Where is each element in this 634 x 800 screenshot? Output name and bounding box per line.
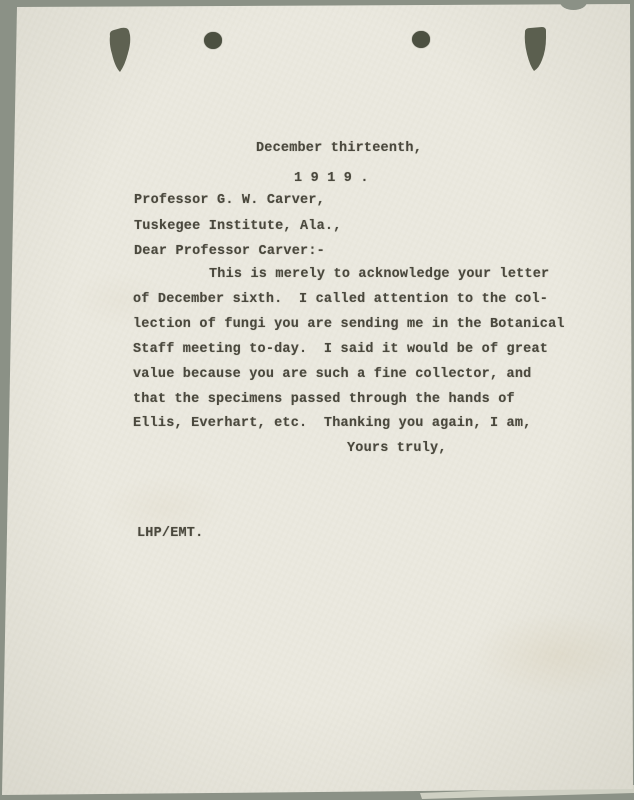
fastener-tab-left-icon <box>105 26 133 74</box>
letter-page: December thirteenth, 1 9 1 9 . Professor… <box>0 0 634 800</box>
punch-dot-right-icon <box>412 31 430 48</box>
body-line: that the specimens passed through the ha… <box>133 392 515 408</box>
recipient-name-line: Professor G. W. Carver, <box>134 193 325 209</box>
body-line: Ellis, Everhart, etc. Thanking you again… <box>133 416 531 432</box>
fastener-tab-right-icon <box>521 25 549 73</box>
year-line: 1 9 1 9 . <box>294 171 369 187</box>
body-line: lection of fungi you are sending me in t… <box>133 317 565 333</box>
recipient-address-line: Tuskegee Institute, Ala., <box>134 219 342 235</box>
body-line: This is merely to acknowledge your lette… <box>209 267 549 283</box>
closing-line: Yours truly, <box>347 441 447 457</box>
typist-initials-line: LHP/EMT. <box>137 526 203 542</box>
body-line: value because you are such a fine collec… <box>133 367 531 383</box>
body-line: Staff meeting to-day. I said it would be… <box>133 342 548 358</box>
date-line: December thirteenth, <box>256 141 422 157</box>
body-line: of December sixth. I called attention to… <box>133 292 548 308</box>
punch-dot-left-icon <box>204 32 222 49</box>
scan-background: December thirteenth, 1 9 1 9 . Professor… <box>0 0 634 800</box>
salutation-line: Dear Professor Carver:- <box>134 244 325 260</box>
